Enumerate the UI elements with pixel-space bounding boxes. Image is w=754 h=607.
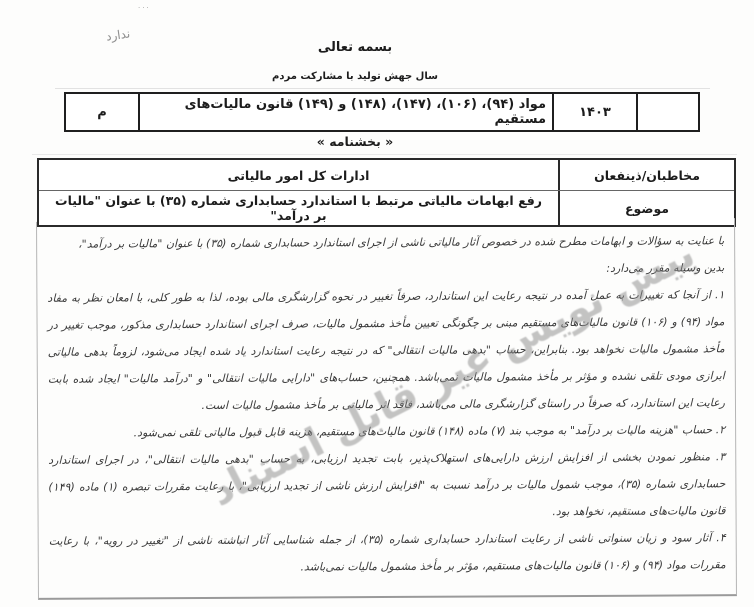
body-intro-line: با عنایت به سؤالات و ابهامات مطرح شده در… xyxy=(47,227,724,258)
circular-body: با عنایت به سؤالات و ابهامات مطرح شده در… xyxy=(36,218,737,600)
header-table: ۱۴۰۳ مواد (۹۴)، (۱۰۶)، (۱۴۷)، (۱۴۸) و (۱… xyxy=(64,92,700,132)
scan-artifact-line xyxy=(55,88,710,89)
addressees-value: ادارات کل امور مالیاتی xyxy=(39,160,558,190)
body-clause-4: ۴. آثار سود و زیان سنواتی ناشی از رعایت … xyxy=(49,524,726,582)
header-articles-cell: مواد (۹۴)، (۱۰۶)، (۱۴۷)، (۱۴۸) و (۱۴۹) ق… xyxy=(138,94,552,130)
info-table: مخاطبان/ذینفعان ادارات کل امور مالیاتی م… xyxy=(37,158,736,227)
addressees-label: مخاطبان/ذینفعان xyxy=(558,160,734,190)
table-row: مخاطبان/ذینفعان ادارات کل امور مالیاتی xyxy=(39,160,734,190)
body-clause-1: ۱. از آنجا که تغییرات به عمل آمده در نتی… xyxy=(47,281,725,420)
scan-artifact-line xyxy=(32,154,737,155)
circular-title: « بخشنامه » xyxy=(0,134,710,149)
header-number-cell xyxy=(636,94,698,130)
body-intro-line: بدین وسیله مقرر می‌دارد: xyxy=(47,254,724,285)
scan-artifact-dots: ··· xyxy=(138,4,151,12)
body-clause-3: ۳. منظور نمودن بخشی از افزایش ارزش دارای… xyxy=(48,443,725,528)
scanned-circular-page: ··· ندارد بسمه تعالی سال جهش تولید با مش… xyxy=(0,0,754,607)
bismillah-heading: بسمه تعالی xyxy=(0,40,710,55)
header-code-cell: م xyxy=(66,94,138,130)
body-clause-2: ۲. حساب "هزینه مالیات بر درآمد" به موجب … xyxy=(48,416,725,447)
year-slogan: سال جهش تولید با مشارکت مردم xyxy=(0,71,710,82)
header-year-cell: ۱۴۰۳ xyxy=(552,94,636,130)
